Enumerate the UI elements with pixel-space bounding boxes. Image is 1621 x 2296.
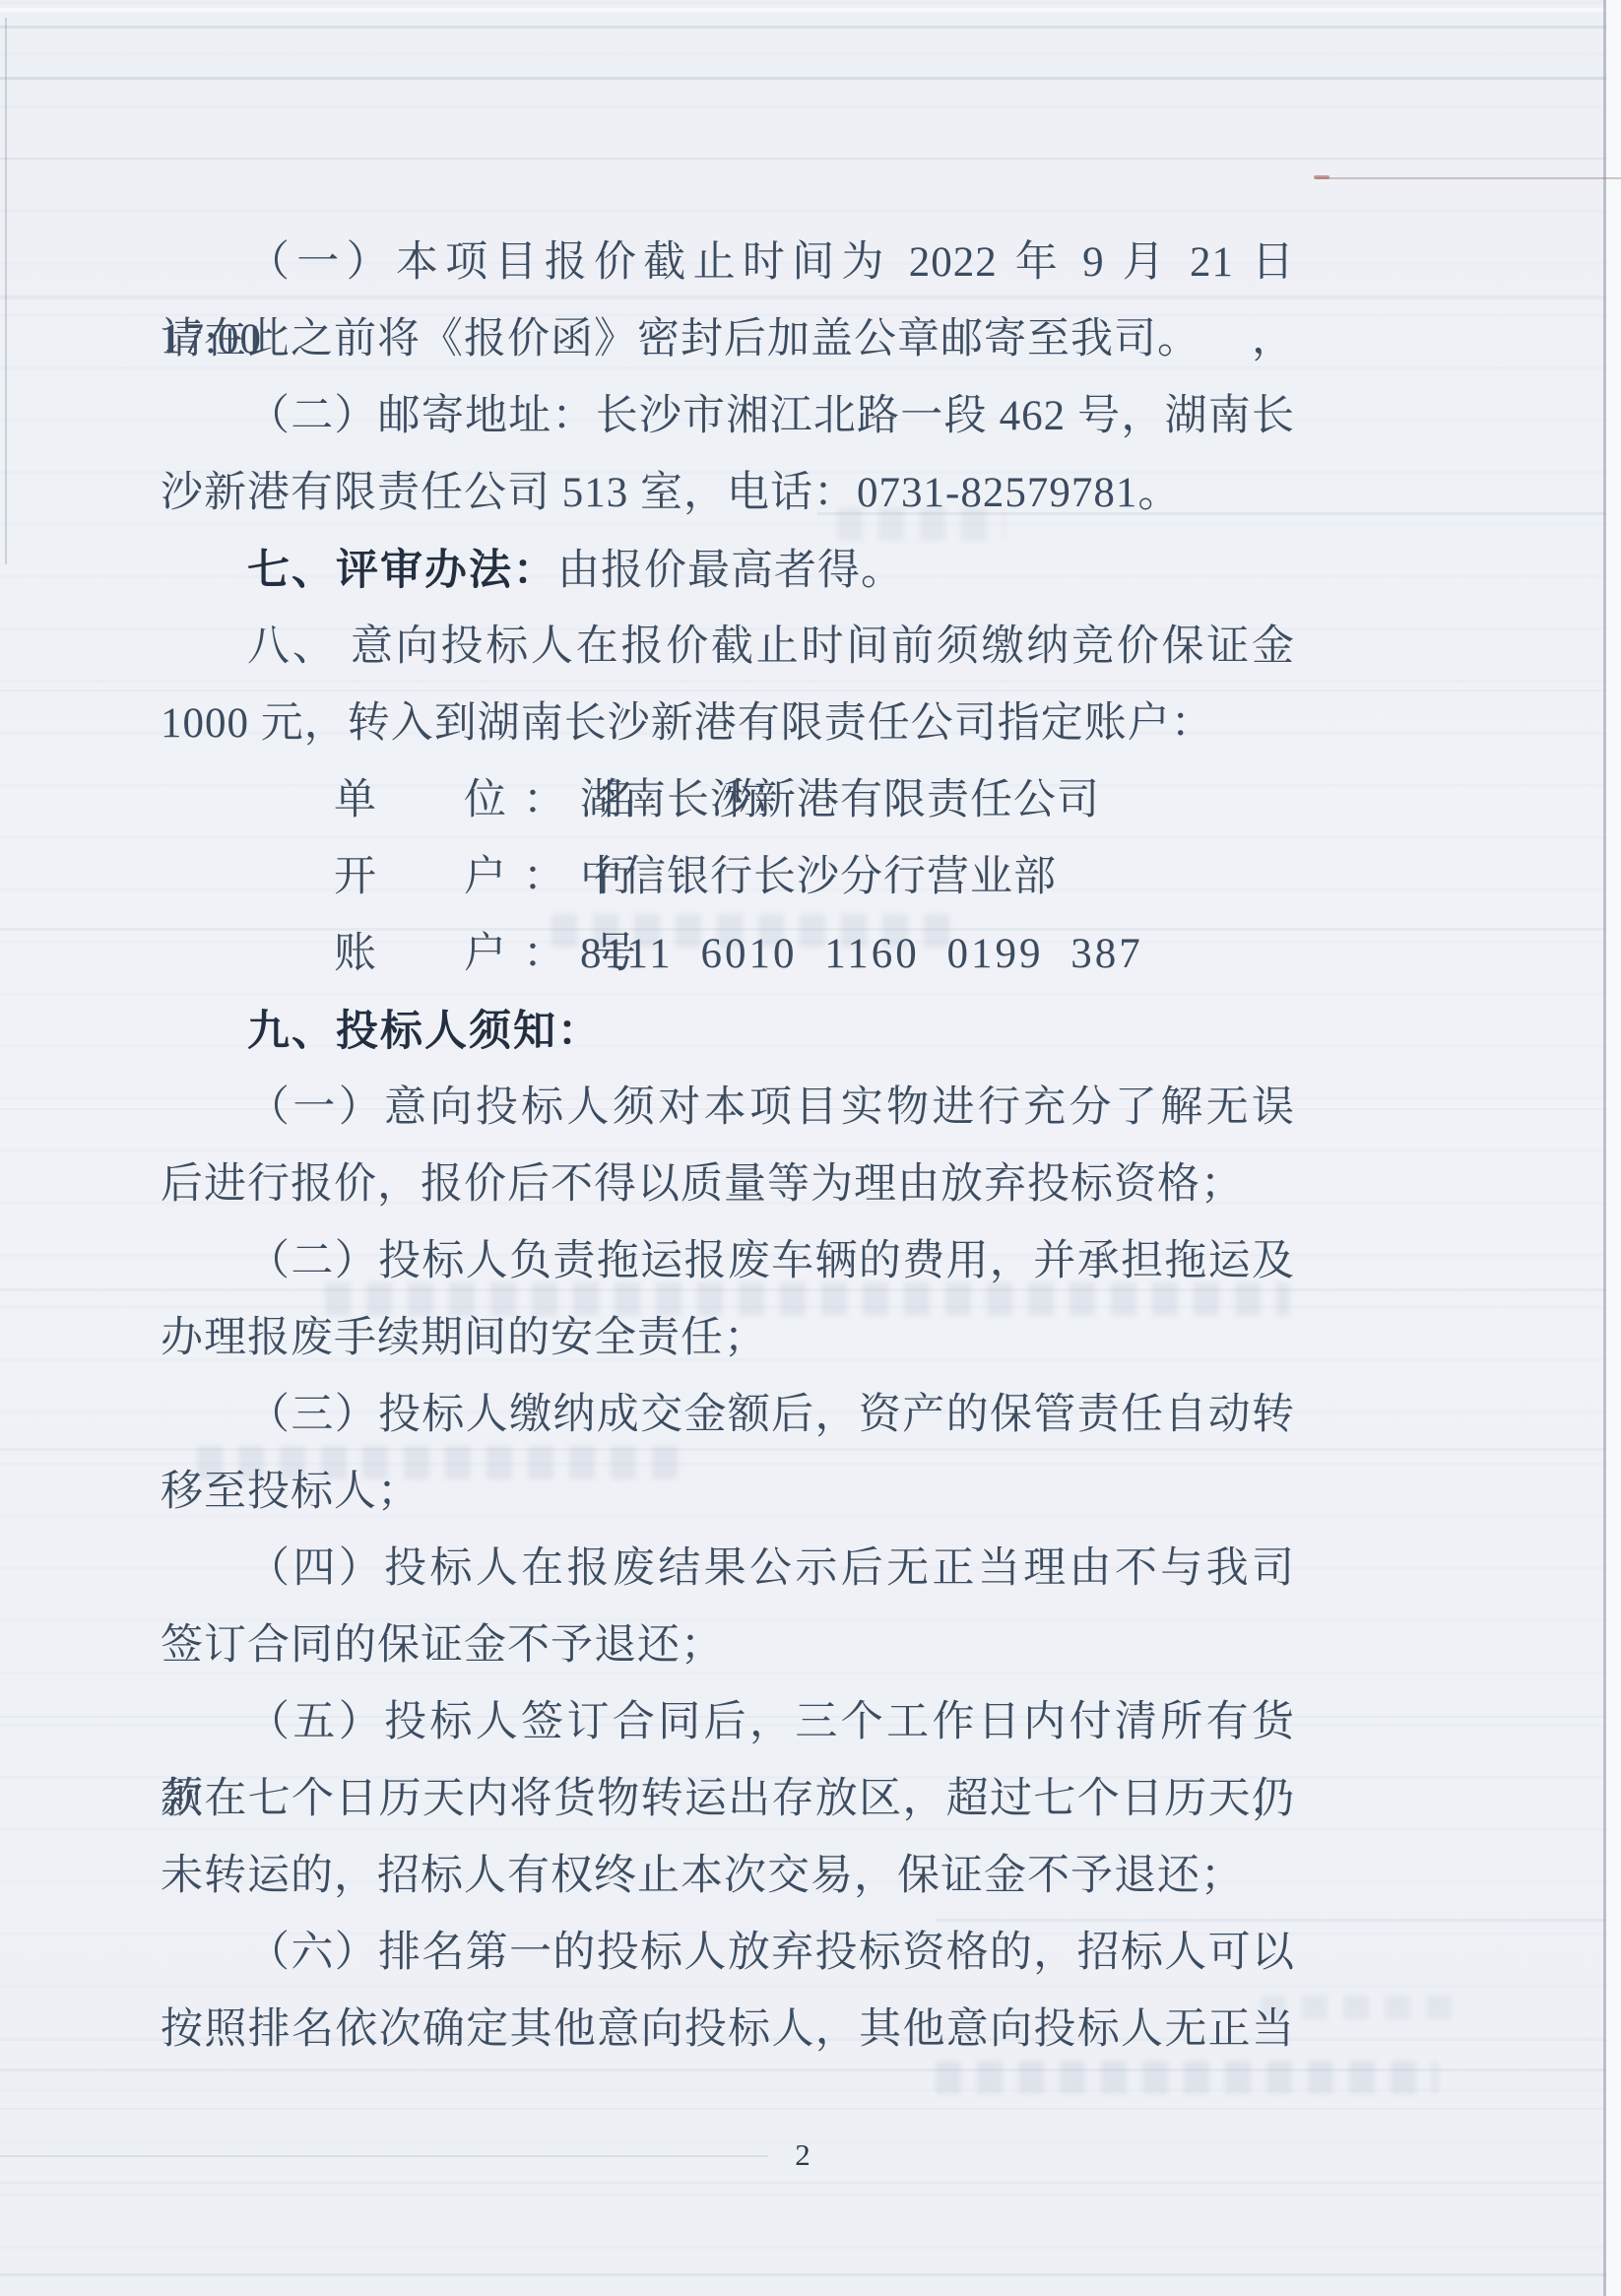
text-line: （五）投标人签订合同后，三个工作日内付清所有货款， bbox=[161, 1684, 1295, 1761]
text-line: 沙新港有限责任公司 513 室，电话：0731-82579781。 bbox=[161, 455, 1295, 532]
text-line: 未转运的，招标人有权终止本次交易，保证金不予退还； bbox=[161, 1838, 1295, 1915]
scan-streak bbox=[0, 2182, 1606, 2184]
text-line: （四）投标人在报废结果公示后无正当理由不与我司 bbox=[161, 1531, 1295, 1607]
scan-streak bbox=[0, 158, 1606, 160]
text-line: （一）意向投标人须对本项目实物进行充分了解无误 bbox=[161, 1070, 1295, 1147]
field-label: 账户号 bbox=[247, 916, 436, 993]
label-colon: ： bbox=[436, 839, 566, 916]
heading-segment: 九、投标人须知： bbox=[247, 1008, 602, 1055]
body-segment: 由报价最高者得。 bbox=[557, 548, 904, 594]
text-line: 后进行报价，报价后不得以质量等为理由放弃投标资格； bbox=[161, 1147, 1295, 1223]
text-line: 账户号：8111 6010 1160 0199 387 bbox=[161, 916, 1295, 993]
text-line: 开户行：中信银行长沙分行营业部 bbox=[161, 839, 1295, 916]
text-line: 移至投标人； bbox=[161, 1454, 1295, 1531]
field-label: 单位名称 bbox=[247, 762, 436, 839]
scan-streak bbox=[0, 26, 1606, 29]
text-line: 七、评审办法：由报价最高者得。 bbox=[161, 532, 1295, 609]
label-char: 开 bbox=[247, 839, 377, 916]
page-right-edge-line bbox=[1603, 0, 1606, 2296]
text-line: 九、投标人须知： bbox=[161, 993, 1295, 1070]
text-line: 签订合同的保证金不予退还； bbox=[161, 1607, 1295, 1684]
scan-margin-strip bbox=[1606, 0, 1621, 2296]
pencil-mark-line bbox=[1316, 177, 1621, 179]
field-value: 中信银行长沙分行营业部 bbox=[580, 854, 1057, 900]
page-left-edge-line bbox=[5, 18, 7, 564]
text-line: 办理报废手续期间的安全责任； bbox=[161, 1300, 1295, 1377]
text-line: （一）本项目报价截止时间为 2022 年 9 月 21 日 17:00， bbox=[161, 225, 1295, 301]
field-value: 8111 6010 1160 0199 387 bbox=[580, 931, 1143, 977]
text-line: 须在七个日历天内将货物转运出存放区，超过七个日历天仍 bbox=[161, 1761, 1295, 1838]
text-line: 单位名称：湖南长沙新港有限责任公司 bbox=[161, 762, 1295, 839]
scan-streak bbox=[0, 2068, 1606, 2071]
scan-streak bbox=[0, 2273, 1606, 2276]
paper-background: （一）本项目报价截止时间为 2022 年 9 月 21 日 17:00，请在此之… bbox=[0, 0, 1606, 2296]
field-value: 湖南长沙新港有限责任公司 bbox=[580, 777, 1100, 823]
label-colon: ： bbox=[436, 916, 566, 993]
label-char: 账 bbox=[247, 916, 377, 993]
text-line: （二）投标人负责拖运报废车辆的费用，并承担拖运及 bbox=[161, 1223, 1295, 1300]
document-body: （一）本项目报价截止时间为 2022 年 9 月 21 日 17:00，请在此之… bbox=[161, 225, 1295, 2068]
text-line: （二）邮寄地址：长沙市湘江北路一段 462 号，湖南长 bbox=[161, 378, 1295, 455]
heading-segment: 七、评审办法： bbox=[247, 547, 557, 594]
label-char: 单 bbox=[247, 762, 377, 839]
text-line: 请在此之前将《报价函》密封后加盖公章邮寄至我司。 bbox=[161, 301, 1295, 378]
label-colon: ： bbox=[436, 762, 566, 839]
field-label: 开户行 bbox=[247, 839, 436, 916]
text-line: 按照排名依次确定其他意向投标人，其他意向投标人无正当 bbox=[161, 1992, 1295, 2068]
text-line: （六）排名第一的投标人放弃投标资格的，招标人可以 bbox=[161, 1915, 1295, 1992]
scan-streak bbox=[0, 2108, 1606, 2110]
text-line: （三）投标人缴纳成交金额后，资产的保管责任自动转 bbox=[161, 1377, 1295, 1454]
scanned-document-page: （一）本项目报价截止时间为 2022 年 9 月 21 日 17:00，请在此之… bbox=[0, 0, 1621, 2296]
red-pen-mark bbox=[1314, 175, 1329, 179]
text-line: 八、 意向投标人在报价截止时间前须缴纳竞价保证金 bbox=[161, 609, 1295, 686]
text-line: 1000 元，转入到湖南长沙新港有限责任公司指定账户： bbox=[161, 686, 1295, 762]
scan-streak bbox=[0, 8, 1606, 12]
page-number: 2 bbox=[0, 2135, 1606, 2175]
scan-streak bbox=[0, 77, 1606, 80]
